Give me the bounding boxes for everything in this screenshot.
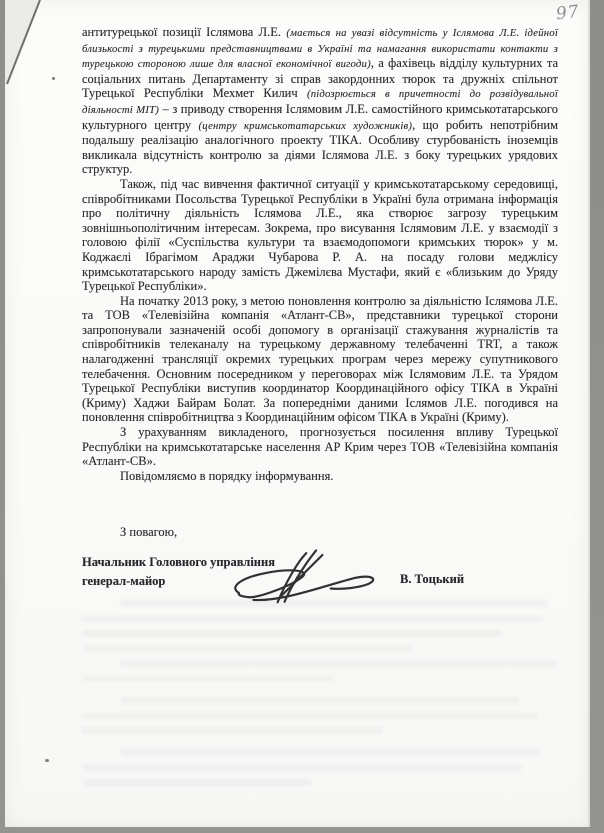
ghost-line (120, 600, 548, 607)
paragraph-1: антитурецької позиції Іслямова Л.Е. (має… (82, 25, 558, 177)
handwritten-page-number: 97 (555, 2, 581, 25)
ghost-line (82, 779, 312, 786)
page-corner-fold (5, 0, 57, 96)
scan-speck (45, 759, 49, 762)
ghost-line (120, 749, 540, 756)
scanned-letter-page: 97 антитурецької позиції Іслямова Л.Е. (… (0, 0, 604, 833)
ghost-line (82, 675, 334, 682)
ghost-line (82, 764, 522, 771)
text-segment: З урахуванням викладеного, прогнозується… (82, 425, 558, 468)
paragraph-5: Повідомляємо в порядку інформування. (82, 469, 558, 484)
letter-body: антитурецької позиції Іслямова Л.Е. (має… (82, 25, 558, 643)
ghost-line (82, 712, 538, 719)
scan-speck (52, 77, 55, 80)
ghost-line (120, 697, 520, 704)
paper-right-edge (588, 0, 590, 827)
signer-name: В. Тоцький (400, 572, 464, 587)
scan-speck (118, 31, 121, 33)
text-segment-italic: (центру кримськотатарських художників) (199, 120, 413, 132)
text-segment: Повідомляємо в порядку інформування. (120, 469, 333, 483)
paragraph-4: З урахуванням викладеного, прогнозується… (82, 425, 558, 469)
paragraph-2: Також, під час вивчення фактичної ситуац… (82, 177, 558, 294)
ghost-line (82, 630, 502, 637)
text-segment: антитурецької позиції Іслямова Л.Е. (82, 25, 286, 39)
paragraph-3: На початку 2013 року, з метою поновлення… (82, 294, 558, 425)
ghost-line (82, 615, 542, 622)
ghost-line (82, 727, 382, 734)
salutation: З повагою, (82, 525, 558, 540)
text-segment: Також, під час вивчення фактичної ситуац… (82, 177, 558, 293)
ghost-line (82, 645, 412, 652)
text-segment: На початку 2013 року, з метою поновлення… (82, 294, 558, 425)
ghost-line (120, 660, 558, 667)
